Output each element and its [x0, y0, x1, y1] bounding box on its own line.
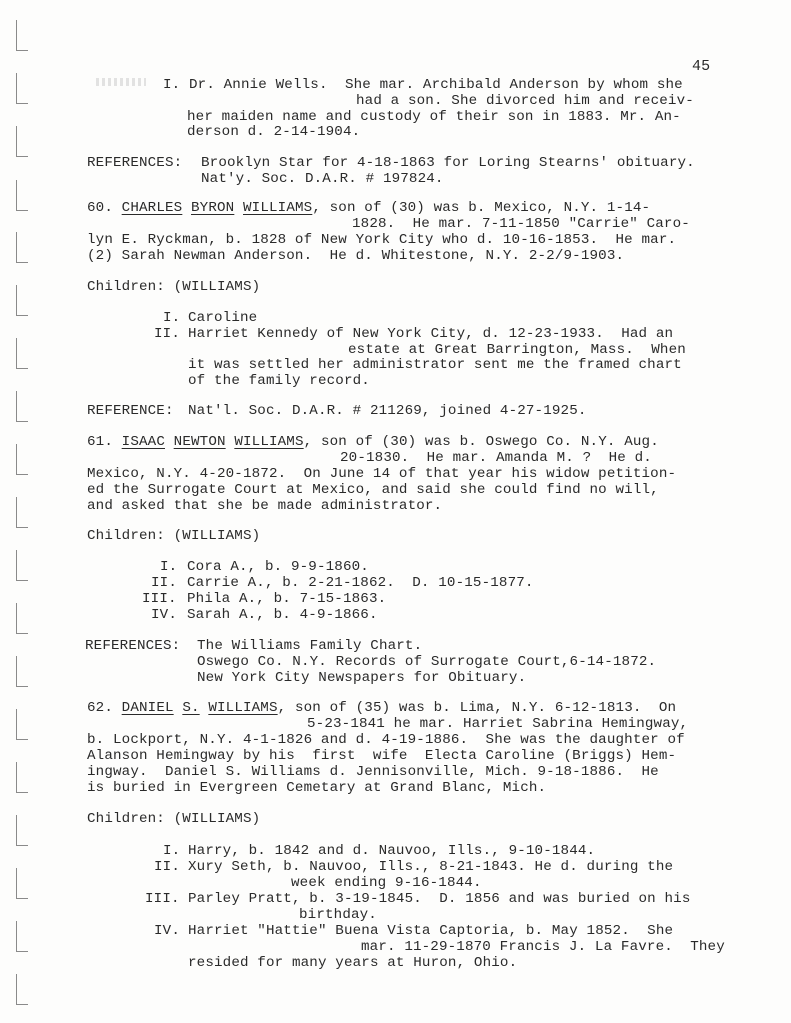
child-text: mar. 11-29-1870 Francis J. La Favre. The… — [361, 939, 725, 955]
margin-bracket-mark — [16, 709, 28, 740]
binder-margin-marks — [0, 0, 40, 1023]
person-name: S. — [182, 700, 199, 716]
entry-text-line: ingway. Daniel S. Williams d. Jennisonvi… — [87, 764, 659, 780]
margin-bracket-mark — [16, 126, 28, 157]
entry-text-line: is buried in Evergreen Cemetary at Grand… — [87, 780, 546, 796]
margin-bracket-mark — [16, 974, 28, 1005]
entry-text-line: 20-1830. He mar. Amanda M. ? He d. — [340, 450, 652, 466]
erased-text-smudge — [96, 78, 146, 86]
person-name: BYRON — [191, 200, 234, 216]
entry-text-line: lyn E. Ryckman, b. 1828 of New York City… — [87, 232, 676, 248]
entry-number: 61. — [87, 434, 113, 450]
child-text: it was settled her administrator sent me… — [188, 357, 682, 373]
person-name: DANIEL — [122, 700, 174, 716]
entry-text-line: 1828. He mar. 7-11-1850 "Carrie" Caro- — [352, 216, 690, 232]
reference-line: Oswego Co. N.Y. Records of Surrogate Cou… — [197, 654, 656, 670]
margin-bracket-mark — [16, 391, 28, 422]
child-text: Cora A., b. 9-9-1860. — [187, 559, 369, 575]
document-page: 45 I. Dr. Annie Wells. She mar. Archibal… — [0, 0, 791, 1023]
entry-number: 62. — [87, 700, 113, 716]
top-entry-line-2: had a son. She divorced him and receiv- — [356, 93, 694, 109]
child-text: Carrie A., b. 2-21-1862. D. 10-15-1877. — [187, 575, 534, 591]
child-numeral: IV. — [154, 923, 180, 939]
reference-line: Nat'y. Soc. D.A.R. # 197824. — [201, 171, 444, 187]
child-text: Parley Pratt, b. 3-19-1845. D. 1856 and … — [188, 891, 691, 907]
child-text: resided for many years at Huron, Ohio. — [188, 955, 517, 971]
margin-bracket-mark — [16, 550, 28, 581]
children-label: Children: (WILLIAMS) — [87, 811, 260, 827]
reference-line: The Williams Family Chart. — [197, 638, 422, 654]
children-label: Children: (WILLIAMS) — [87, 528, 260, 544]
margin-bracket-mark — [16, 180, 28, 211]
entry-text-line: (2) Sarah Newman Anderson. He d. Whitest… — [87, 248, 624, 264]
margin-bracket-mark — [16, 444, 28, 475]
child-text: week ending 9-16-1844. — [291, 875, 482, 891]
child-numeral: I. — [163, 310, 180, 326]
entry-text-line: 5-23-1841 he mar. Harriet Sabrina Heming… — [307, 716, 688, 732]
person-name: CHARLES — [122, 200, 183, 216]
reference-label: REFERENCE: — [87, 403, 174, 419]
margin-bracket-mark — [16, 762, 28, 793]
child-numeral: I. — [163, 843, 180, 859]
person-name: NEWTON — [174, 434, 226, 450]
child-numeral: IV. — [151, 607, 177, 623]
references-label: REFERENCES: — [87, 155, 182, 171]
entry-text-line: ed the Surrogate Court at Mexico, and sa… — [87, 482, 659, 498]
child-numeral: II. — [154, 326, 180, 342]
entry-text: , son of (30) was b. Oswego Co. N.Y. Aug… — [304, 434, 659, 450]
reference-line: New York City Newspapers for Obituary. — [197, 670, 526, 686]
margin-bracket-mark — [16, 232, 28, 263]
child-text: Harriet Kennedy of New York City, d. 12-… — [188, 326, 673, 342]
top-entry-line-4: derson d. 2-14-1904. — [187, 124, 360, 140]
person-name: WILLIAMS — [243, 200, 312, 216]
person-name: WILLIAMS — [208, 700, 277, 716]
margin-bracket-mark — [16, 815, 28, 846]
reference-line: Brooklyn Star for 4-18-1863 for Loring S… — [201, 155, 695, 171]
reference-line: Nat'l. Soc. D.A.R. # 211269, joined 4-27… — [188, 403, 587, 419]
entry-62-heading: 62. DANIEL S. WILLIAMS, son of (35) was … — [87, 700, 676, 716]
top-entry-line-1: I. Dr. Annie Wells. She mar. Archibald A… — [163, 77, 683, 93]
top-entry-line-3: her maiden name and custody of their son… — [187, 109, 681, 125]
entry-number: 60. — [87, 200, 113, 216]
child-text: Harry, b. 1842 and d. Nauvoo, Ills., 9-1… — [188, 843, 595, 859]
child-text: Phila A., b. 7-15-1863. — [187, 591, 386, 607]
entry-text-line: Alanson Hemingway by his first wife Elec… — [87, 748, 676, 764]
child-text: of the family record. — [188, 373, 370, 389]
person-name: WILLIAMS — [234, 434, 303, 450]
child-text: Sarah A., b. 4-9-1866. — [187, 607, 378, 623]
child-numeral: III. — [142, 591, 177, 607]
child-numeral: II. — [151, 575, 177, 591]
margin-bracket-mark — [16, 656, 28, 687]
entry-text-line: Mexico, N.Y. 4-20-1872. On June 14 of th… — [87, 466, 676, 482]
references-label: REFERENCES: — [85, 638, 180, 654]
margin-bracket-mark — [16, 497, 28, 528]
entry-text: , son of (35) was b. Lima, N.Y. 6-12-181… — [278, 700, 677, 716]
children-label: Children: (WILLIAMS) — [87, 279, 260, 295]
child-text: estate at Great Barrington, Mass. When — [348, 342, 686, 358]
entry-text-line: and asked that she be made administrator… — [87, 498, 442, 514]
margin-bracket-mark — [16, 603, 28, 634]
margin-bracket-mark — [16, 921, 28, 952]
page-number: 45 — [692, 58, 710, 75]
margin-bracket-mark — [16, 868, 28, 899]
margin-bracket-mark — [16, 338, 28, 369]
margin-bracket-mark — [16, 285, 28, 316]
entry-text: , son of (30) was b. Mexico, N.Y. 1-14- — [312, 200, 650, 216]
entry-61-heading: 61. ISAAC NEWTON WILLIAMS, son of (30) w… — [87, 434, 659, 450]
child-numeral: II. — [154, 859, 180, 875]
child-numeral: I. — [160, 559, 177, 575]
entry-text-line: b. Lockport, N.Y. 4-1-1826 and d. 4-19-1… — [87, 732, 685, 748]
child-text: birthday. — [299, 907, 377, 923]
child-numeral: III. — [145, 891, 180, 907]
entry-60-heading: 60. CHARLES BYRON WILLIAMS, son of (30) … — [87, 200, 650, 216]
margin-bracket-mark — [16, 20, 28, 51]
person-name: ISAAC — [122, 434, 165, 450]
child-text: Caroline — [188, 310, 257, 326]
child-text: Harriet "Hattie" Buena Vista Captoria, b… — [188, 923, 673, 939]
child-text: Xury Seth, b. Nauvoo, Ills., 8-21-1843. … — [188, 859, 673, 875]
margin-bracket-mark — [16, 73, 28, 104]
